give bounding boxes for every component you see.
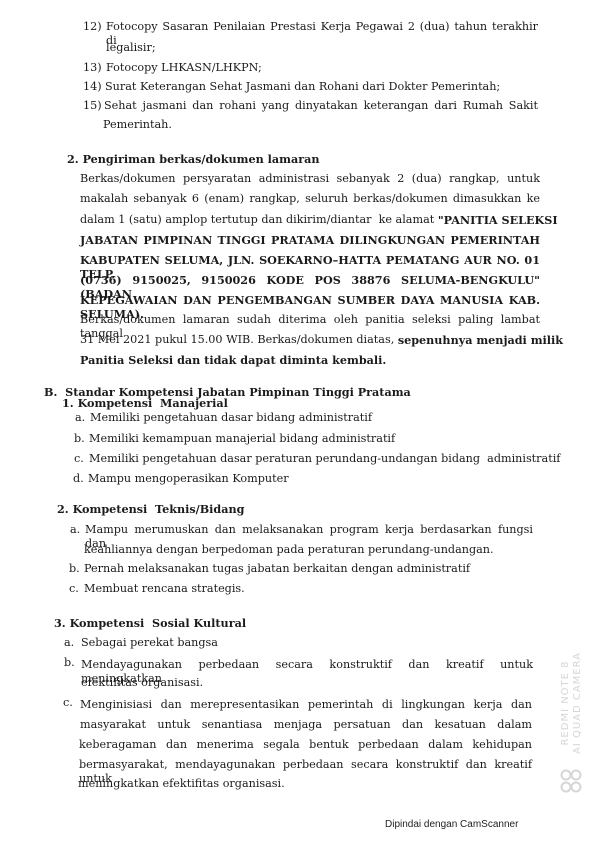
item-text: Memiliki pengetahuan dasar peraturan per… — [89, 452, 560, 466]
list-number: 12) — [83, 20, 102, 34]
list-number: 15) — [83, 99, 102, 113]
list-number: 13) — [83, 61, 102, 75]
camera-watermark: REDMI NOTE 8 AI QUAD CAMERA — [552, 608, 592, 798]
item-letter: b. — [74, 432, 85, 446]
paragraph-line: makalah sebanyak 6 (enam) rangkap, selur… — [80, 192, 540, 206]
item-text: Pernah melaksanakan tugas jabatan berkai… — [84, 562, 470, 576]
item-letter: a. — [64, 636, 74, 650]
item-letter: c. — [63, 696, 73, 710]
item-letter: a. — [70, 523, 80, 537]
document-page: 12) Fotocopy Sasaran Penilaian Prestasi … — [0, 0, 595, 842]
list-item-text: Fotocopy Sasaran Penilaian Prestasi Kerj… — [106, 20, 538, 48]
item-text: Membuat rencana strategis. — [84, 582, 245, 596]
paragraph-text: dalam 1 (satu) amplop tertutup dan dikir… — [80, 213, 438, 227]
item-letter: b. — [64, 656, 75, 670]
item-letter: c. — [69, 582, 79, 596]
item-text: Memiliki pengetahuan dasar bidang admini… — [90, 411, 372, 425]
group-heading-manajerial: 1. Kompetensi Manajerial — [62, 396, 228, 410]
item-text: keberagaman dan menerima segala bentuk p… — [79, 738, 532, 752]
item-text: masyarakat untuk senantiasa menjaga pers… — [80, 718, 532, 732]
item-letter: b. — [69, 562, 80, 576]
group-heading-sosial-kultural: 3. Kompetensi Sosial Kultural — [54, 616, 246, 630]
paragraph-line: dalam 1 (satu) amplop tertutup dan dikir… — [80, 213, 540, 227]
list-number: 14) — [83, 80, 102, 94]
list-item-text: Fotocopy LHKASN/LHKPN; — [106, 61, 262, 75]
watermark-line2: AI QUAD CAMERA — [572, 652, 584, 754]
item-text: keahliannya dengan berpedoman pada perat… — [84, 543, 494, 557]
list-item-text: legalisir; — [106, 41, 156, 55]
watermark-line1: REDMI NOTE 8 — [560, 652, 572, 754]
ownership-bold: sepenuhnya menjadi milik — [398, 333, 563, 347]
item-text: Menginisiasi dan merepresentasikan pemer… — [80, 698, 532, 712]
camera-logo-icon — [560, 768, 582, 794]
item-text: Mampu mengoperasikan Komputer — [88, 472, 289, 486]
item-text: Sebagai perekat bangsa — [81, 636, 218, 650]
address-bold: JABATAN PIMPINAN TINGGI PRATAMA DILINGKU… — [80, 233, 540, 247]
ownership-bold: Panitia Seleksi dan tidak dapat diminta … — [80, 353, 386, 367]
scanner-footer: Dipindai dengan CamScanner — [385, 819, 518, 830]
item-letter: a. — [75, 411, 85, 425]
item-text: Memiliki kemampuan manajerial bidang adm… — [89, 432, 395, 446]
item-letter: d. — [73, 472, 84, 486]
list-item-text: Pemerintah. — [103, 118, 172, 132]
paragraph-text: 31 Mei 2021 pukul 15.00 WIB. Berkas/doku… — [80, 333, 398, 347]
watermark-text: REDMI NOTE 8 AI QUAD CAMERA — [560, 652, 584, 754]
paragraph-line: Berkas/dokumen persyaratan administrasi … — [80, 172, 540, 186]
paragraph-line: 31 Mei 2021 pukul 15.00 WIB. Berkas/doku… — [80, 333, 540, 347]
item-text: efektifitas organisasi. — [81, 676, 203, 690]
address-bold: "PANITIA SELEKSI — [438, 213, 558, 227]
group-heading-teknis: 2. Kompetensi Teknis/Bidang — [57, 502, 244, 516]
list-item-text: Sehat jasmani dan rohani yang dinyatakan… — [104, 99, 538, 113]
list-item-text: Surat Keterangan Sehat Jasmani dan Rohan… — [105, 80, 500, 94]
item-letter: c. — [74, 452, 84, 466]
item-text: meningkatkan efektifitas organisasi. — [78, 777, 285, 791]
section-heading: 2. Pengiriman berkas/dokumen lamaran — [67, 152, 320, 166]
